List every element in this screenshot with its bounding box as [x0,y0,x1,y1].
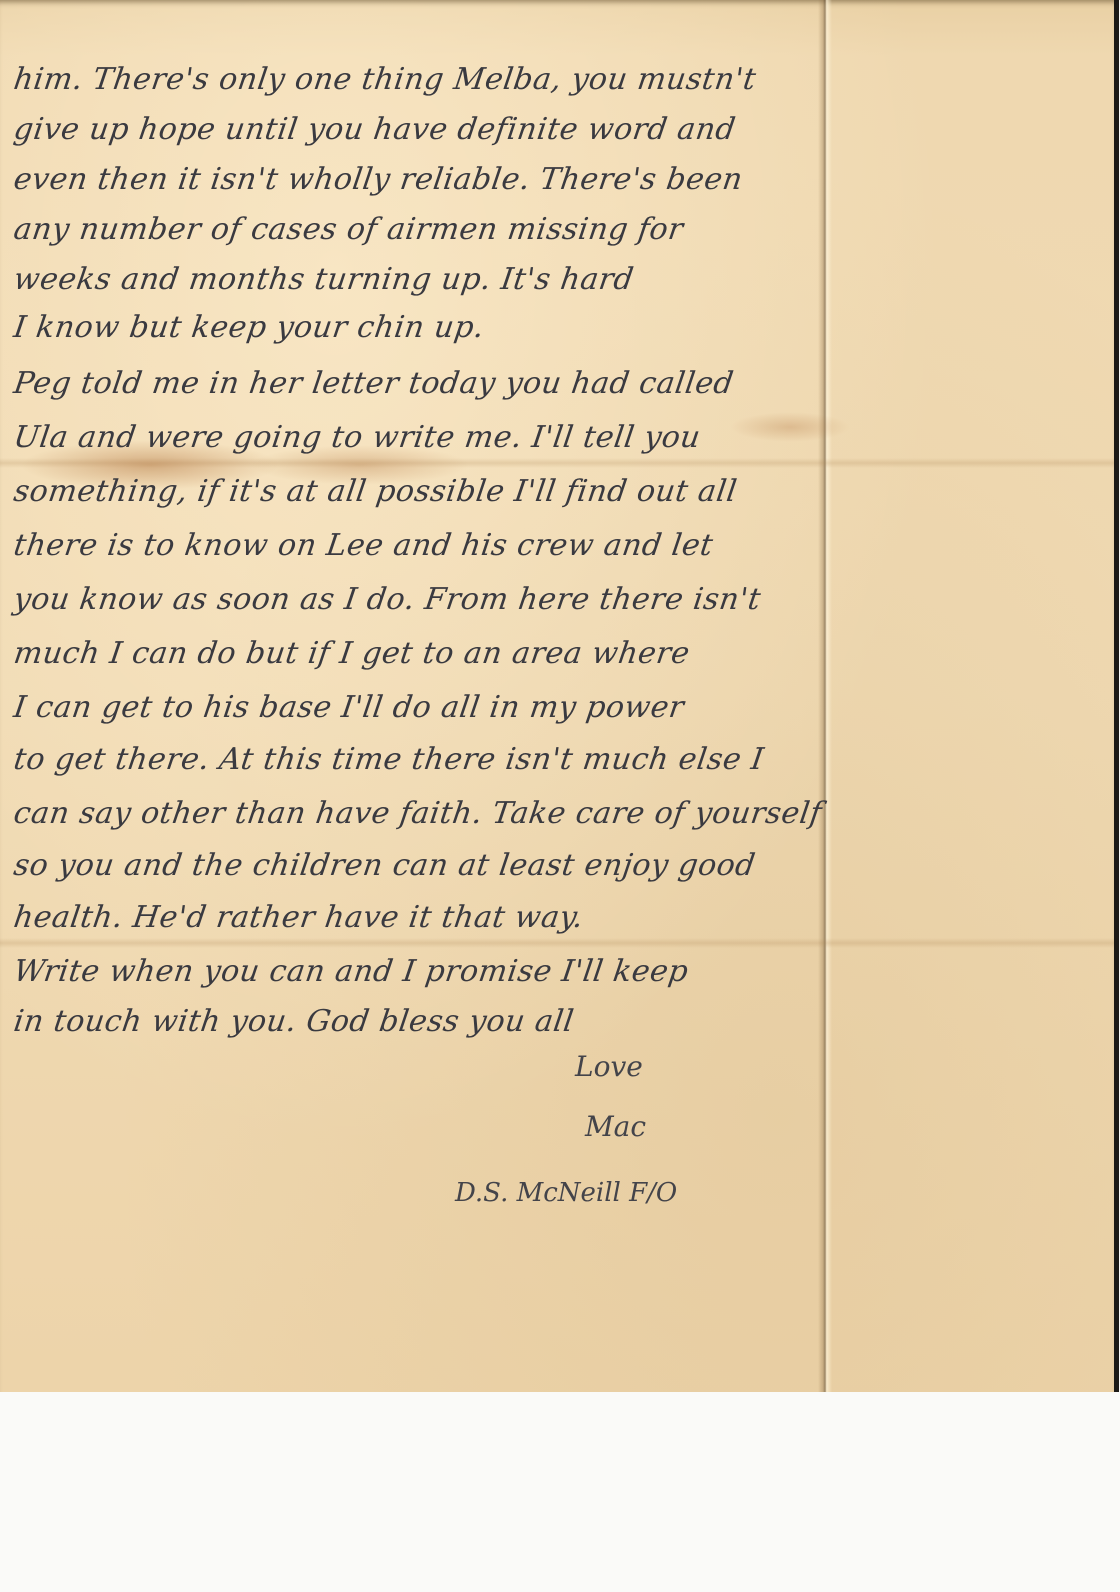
letter-line: there is to know on Lee and his crew and… [12,528,716,563]
letter-line: can say other than have faith. Take care… [12,796,824,831]
valediction: Love [575,1050,643,1083]
letter-line: any number of cases of airmen missing fo… [12,212,686,247]
signature-full: D.S. McNeill F/O [455,1178,677,1208]
letter-page: him. There's only one thing Melba, you m… [0,0,1119,1392]
letter-line: I can get to his base I'll do all in my … [12,690,687,725]
letter-line: in touch with you. God bless you all [12,1004,577,1039]
letter-line: Write when you can and I promise I'll ke… [12,954,691,989]
signature-name: Mac [585,1110,646,1143]
letter-line: I know but keep your chin up. [12,310,487,345]
letter-line: you know as soon as I do. From here ther… [12,582,764,617]
letter-line: Peg told me in her letter today you had … [12,366,736,401]
letter-line: health. He'd rather have it that way. [12,900,586,935]
letter-line: much I can do but if I get to an area wh… [12,636,693,671]
letter-line: him. There's only one thing Melba, you m… [12,62,759,97]
letter-line: even then it isn't wholly reliable. Ther… [12,162,745,197]
horizontal-fold-crease [0,938,1114,948]
scanner-background [0,1392,1120,1592]
letter-line: something, if it's at all possible I'll … [12,474,740,509]
letter-line: so you and the children can at least enj… [12,848,758,883]
letter-line: Ula and were going to write me. I'll tel… [12,420,703,455]
vertical-fold-crease [818,0,832,1392]
rust-stain [730,412,850,442]
letter-line: give up hope until you have definite wor… [12,112,738,147]
letter-line: weeks and months turning up. It's hard [12,262,636,297]
letter-line: to get there. At this time there isn't m… [12,742,767,777]
